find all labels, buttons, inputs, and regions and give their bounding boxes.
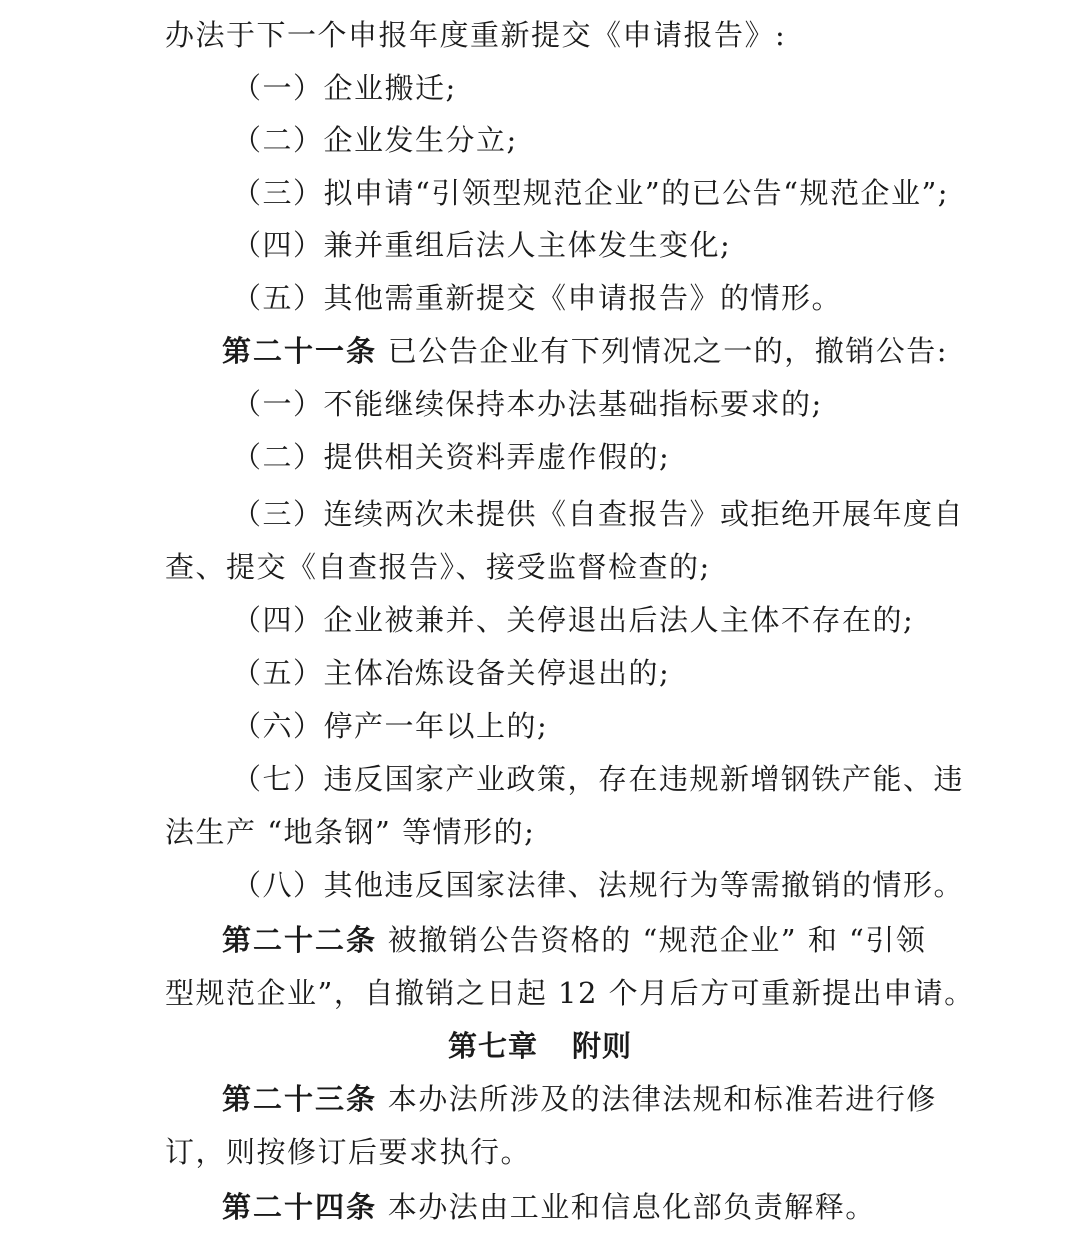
document-page: 办法于下一个申报年度重新提交《申请报告》: （一）企业搬迁; （二）企业发生分立…: [0, 0, 1080, 1243]
list-item: （四）企业被兼并、关停退出后法人主体不存在的;: [232, 594, 992, 647]
list-item-other-resubmit: （五）其他需重新提交《申请报告》的情形。: [232, 272, 992, 325]
list-item: （三）连续两次未提供《自查报告》或拒绝开展年度自: [232, 488, 992, 541]
list-item-continuation: 查、提交《自查报告》、接受监督检查的;: [165, 541, 925, 594]
article-23-heading: 第二十三条: [222, 1082, 377, 1116]
chapter-number: 第七章: [448, 1029, 538, 1063]
chapter-heading: 第七章附则: [0, 1020, 1080, 1073]
list-item: （二）提供相关资料弄虚作假的;: [232, 431, 992, 484]
paragraph-continuation: 办法于下一个申报年度重新提交《申请报告》:: [165, 9, 925, 62]
list-item-relocation: （一）企业搬迁;: [232, 62, 992, 115]
list-item: （五）主体冶炼设备关停退出的;: [232, 647, 992, 700]
article-23: 第二十三条 本办法所涉及的法律法规和标准若进行修: [222, 1073, 982, 1126]
list-item: （八）其他违反国家法律、法规行为等需撤销的情形。: [232, 859, 992, 912]
article-23-continuation: 订，则按修订后要求执行。: [165, 1126, 925, 1179]
article-21: 第二十一条 已公告企业有下列情况之一的，撤销公告:: [222, 325, 982, 378]
article-24-text: 本办法由工业和信息化部负责解释。: [377, 1190, 876, 1224]
article-21-text: 已公告企业有下列情况之一的，撤销公告:: [377, 334, 948, 368]
article-24: 第二十四条 本办法由工业和信息化部负责解释。: [222, 1181, 982, 1234]
list-item-merger: （四）兼并重组后法人主体发生变化;: [232, 219, 992, 272]
list-item: （六）停产一年以上的;: [232, 700, 992, 753]
list-item: （七）违反国家产业政策，存在违规新增钢铁产能、违: [232, 753, 992, 806]
article-23-text: 本办法所涉及的法律法规和标准若进行修: [377, 1082, 937, 1116]
article-22-heading: 第二十二条: [222, 923, 377, 957]
article-22-text: 被撤销公告资格的 “规范企业” 和 “引领: [377, 923, 926, 957]
list-item-division: （二）企业发生分立;: [232, 114, 992, 167]
chapter-title: 附则: [572, 1029, 632, 1063]
article-21-heading: 第二十一条: [222, 334, 377, 368]
list-item: （一）不能继续保持本办法基础指标要求的;: [232, 378, 992, 431]
list-item-continuation: 法生产 “地条钢” 等情形的;: [165, 806, 925, 859]
article-22: 第二十二条 被撤销公告资格的 “规范企业” 和 “引领: [222, 914, 982, 967]
list-item-leading-enterprise: （三）拟申请“引领型规范企业”的已公告“规范企业”;: [232, 167, 992, 220]
article-24-heading: 第二十四条: [222, 1190, 377, 1224]
article-22-continuation: 型规范企业”，自撤销之日起 12 个月后方可重新提出申请。: [165, 967, 925, 1020]
